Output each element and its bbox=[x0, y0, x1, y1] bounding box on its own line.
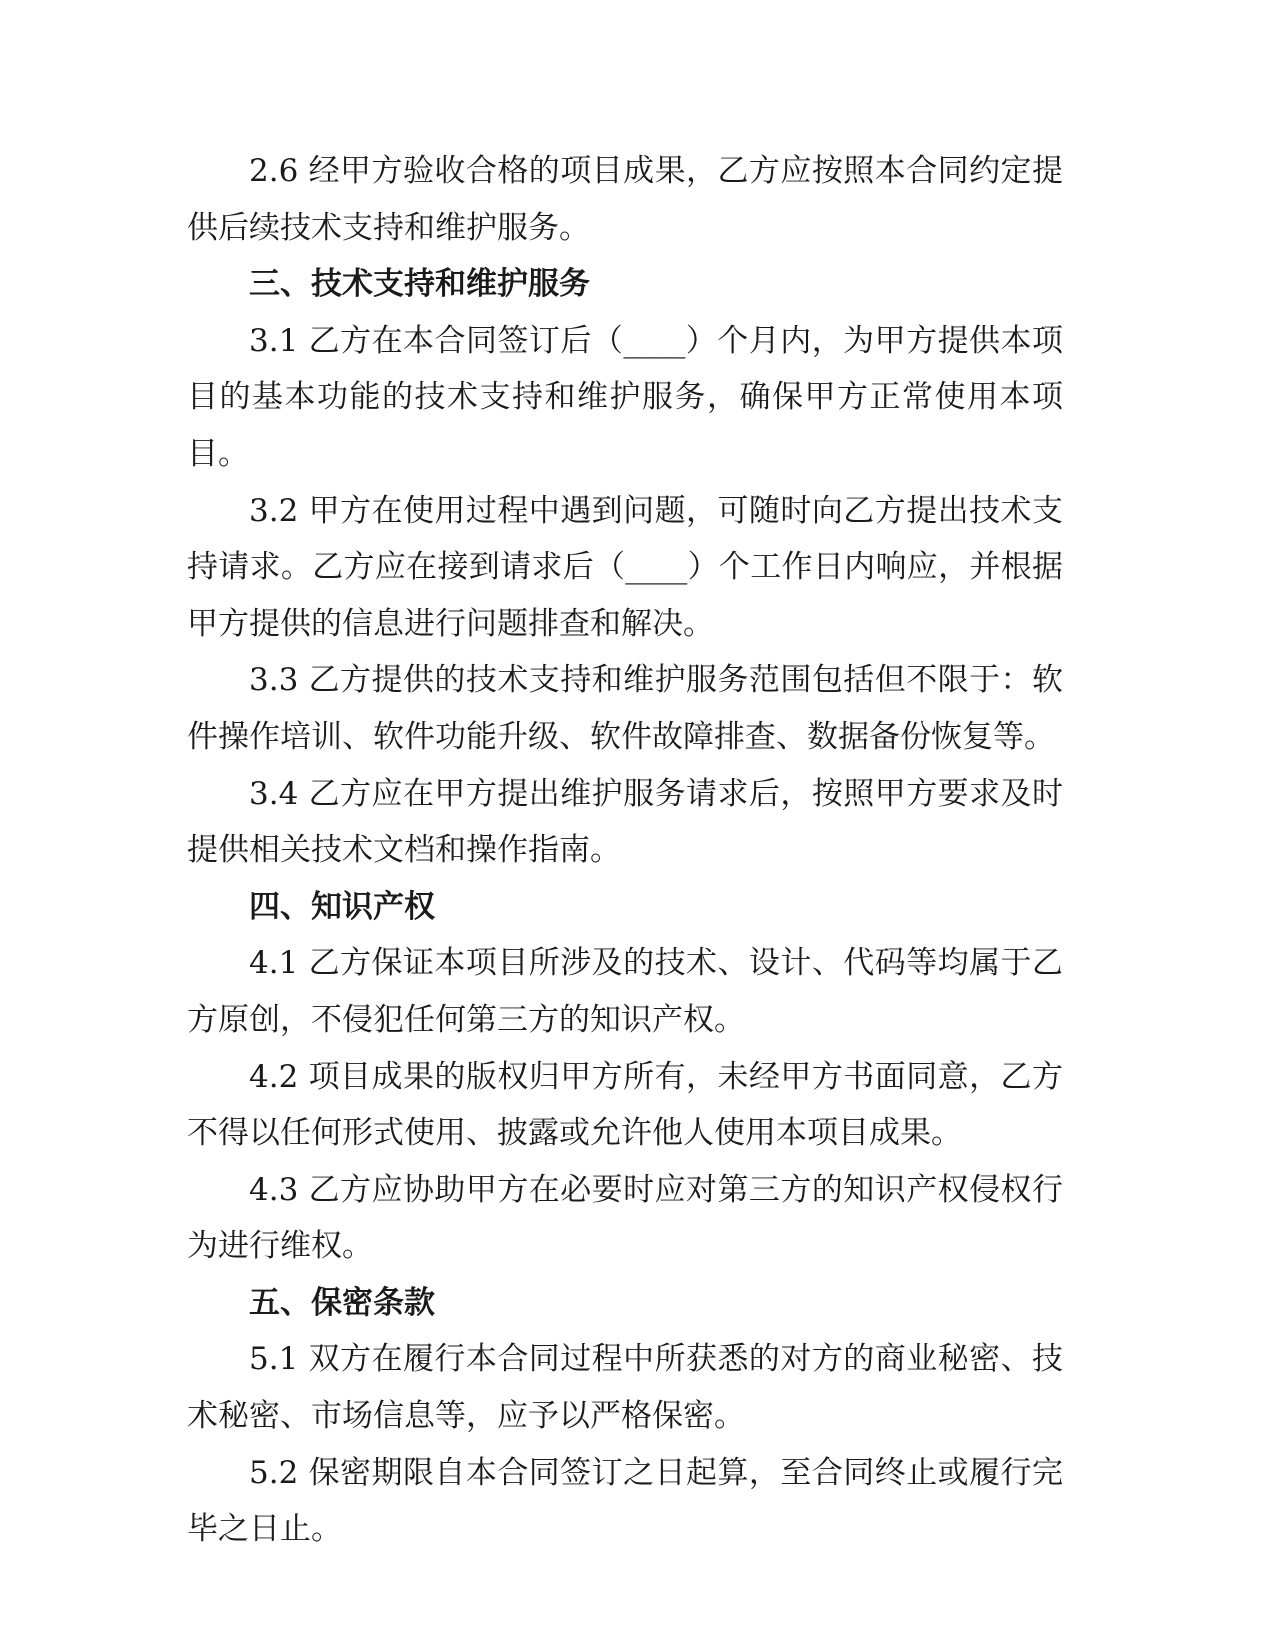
clause-4-1: 4.1 乙方保证本项目所涉及的技术、设计、代码等均属于乙方原创，不侵犯任何第三方… bbox=[187, 935, 1063, 1048]
clause-4-3: 4.3 乙方应协助甲方在必要时应对第三方的知识产权侵权行为进行维权。 bbox=[187, 1162, 1063, 1275]
clause-2-6: 2.6 经甲方验收合格的项目成果，乙方应按照本合同约定提供后续技术支持和维护服务… bbox=[187, 143, 1063, 256]
section-heading-5-confidentiality: 五、保密条款 bbox=[187, 1275, 1063, 1332]
document-page: 2.6 经甲方验收合格的项目成果，乙方应按照本合同约定提供后续技术支持和维护服务… bbox=[0, 0, 1275, 1650]
clause-5-1: 5.1 双方在履行本合同过程中所获悉的对方的商业秘密、技术秘密、市场信息等，应予… bbox=[187, 1331, 1063, 1444]
document-body: 2.6 经甲方验收合格的项目成果，乙方应按照本合同约定提供后续技术支持和维护服务… bbox=[187, 143, 1063, 1558]
clause-3-4: 3.4 乙方应在甲方提出维护服务请求后，按照甲方要求及时提供相关技术文档和操作指… bbox=[187, 766, 1063, 879]
clause-5-2: 5.2 保密期限自本合同签订之日起算，至合同终止或履行完毕之日止。 bbox=[187, 1445, 1063, 1558]
clause-3-3: 3.3 乙方提供的技术支持和维护服务范围包括但不限于：软件操作培训、软件功能升级… bbox=[187, 652, 1063, 765]
section-heading-3-tech-support: 三、技术支持和维护服务 bbox=[187, 256, 1063, 313]
section-heading-4-intellectual-property: 四、知识产权 bbox=[187, 879, 1063, 936]
clause-3-1: 3.1 乙方在本合同签订后（____）个月内，为甲方提供本项目的基本功能的技术支… bbox=[187, 313, 1063, 483]
clause-4-2: 4.2 项目成果的版权归甲方所有，未经甲方书面同意，乙方不得以任何形式使用、披露… bbox=[187, 1049, 1063, 1162]
clause-3-2: 3.2 甲方在使用过程中遇到问题，可随时向乙方提出技术支持请求。乙方应在接到请求… bbox=[187, 483, 1063, 653]
